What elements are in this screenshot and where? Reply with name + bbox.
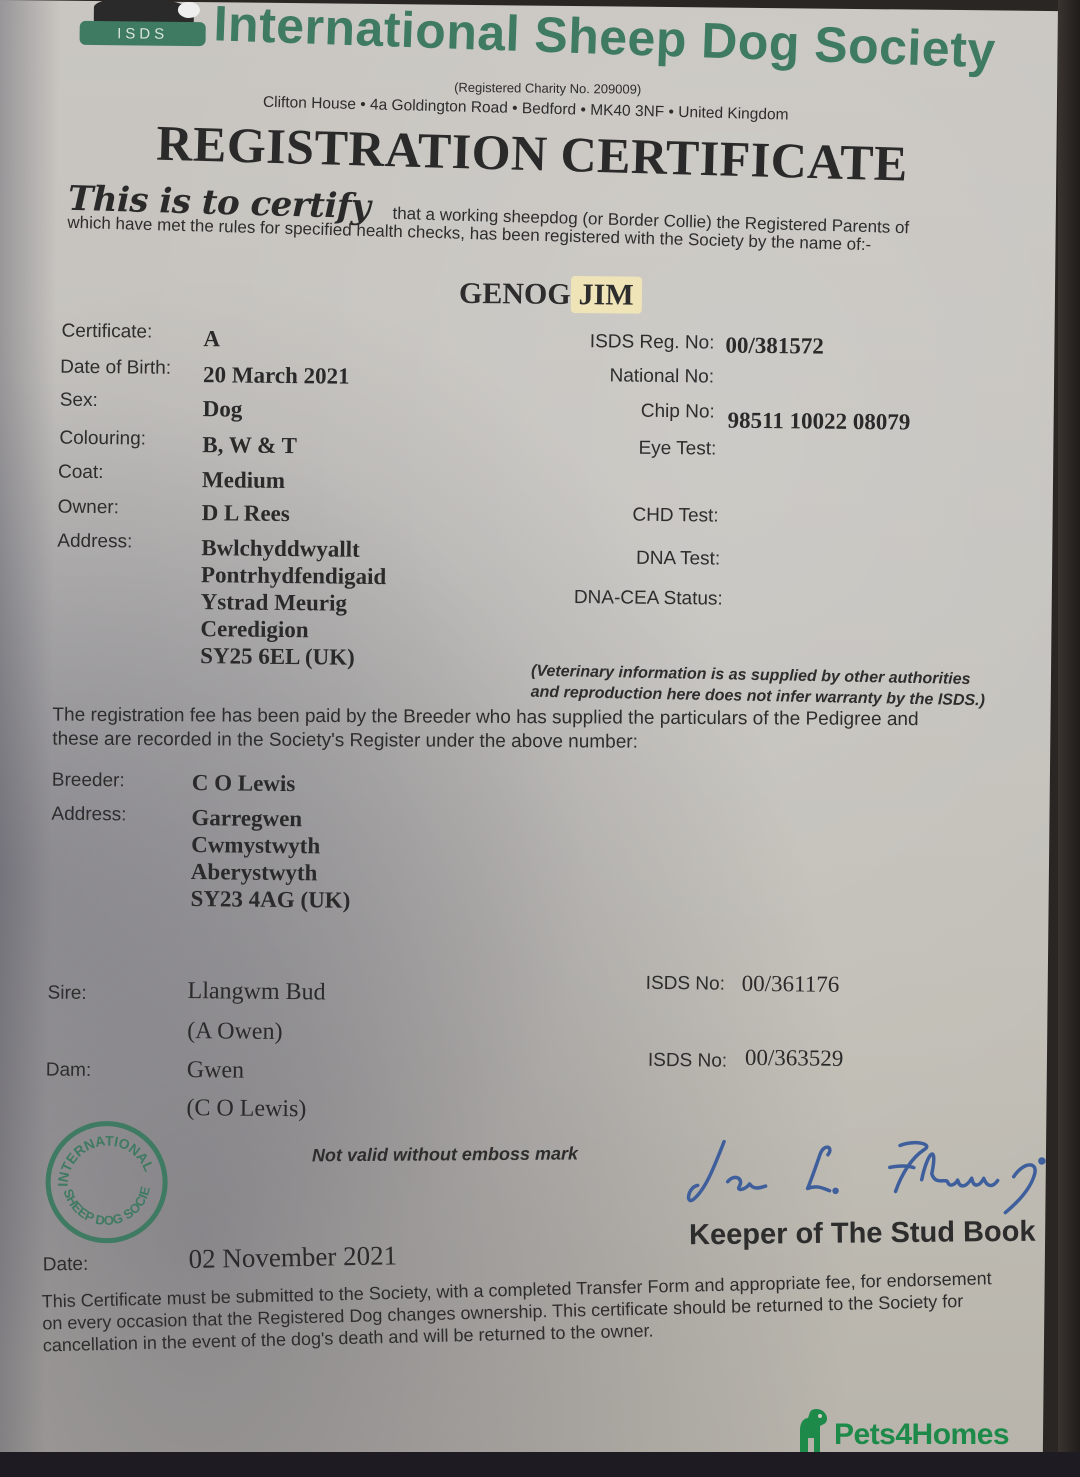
field-label-sex: Sex: <box>60 390 98 412</box>
field-value-certificate: A <box>203 326 220 352</box>
background-edge <box>0 1452 1080 1477</box>
issue-date-row: Date: 02 November 2021 <box>43 1240 398 1277</box>
owner-address-line: Bwlchyddwyallt <box>201 534 387 563</box>
certificate-title: REGISTRATION CERTIFICATE <box>156 114 909 193</box>
breeder-name: C O Lewis <box>192 770 296 797</box>
breeder-address-line: Cwmystwyth <box>191 831 351 860</box>
breeder-address: Garregwen Cwmystwyth Aberystwyth SY23 4A… <box>190 804 351 914</box>
dam-isds-label: ISDS No: <box>648 1050 727 1073</box>
breeder-address-line: Aberystwyth <box>191 858 351 887</box>
owner-address-line: SY25 6EL (UK) <box>200 642 386 671</box>
emboss-notice: Not valid without emboss mark <box>312 1143 578 1166</box>
sire-owner: (A Owen) <box>187 1018 283 1046</box>
registration-fee-statement: The registration fee has been paid by th… <box>52 704 1012 757</box>
field-value-coat: Medium <box>202 467 285 494</box>
field-label-chd-test: CHD Test: <box>519 503 719 527</box>
transfer-notice: This Certificate must be submitted to th… <box>41 1266 1042 1356</box>
certificate-paper: ISDS International Sheep Dog Society (Re… <box>0 0 1058 1463</box>
sire-label: Sire: <box>47 983 86 1005</box>
field-label-isds-reg: ISDS Reg. No: <box>514 330 714 354</box>
isds-logo: ISDS <box>79 0 208 50</box>
sire-isds-label: ISDS No: <box>646 973 725 996</box>
dam-isds-number: 00/363529 <box>745 1045 844 1072</box>
field-label-dna-cea: DNA-CEA Status: <box>523 587 723 611</box>
society-name: International Sheep Dog Society <box>213 0 997 80</box>
watermark-text: Pets4Homes <box>834 1418 1009 1452</box>
field-label-eye-test: Eye Test: <box>516 436 716 460</box>
breeder-address-label: Address: <box>51 804 126 827</box>
owner-address: Bwlchyddwyallt Pontrhydfendigaid Ystrad … <box>200 534 387 671</box>
society-stamp-icon: INTERNATIONAL SHEEP DOG SOCIETY <box>45 1121 168 1244</box>
veterinary-disclaimer: (Veterinary information is as supplied b… <box>530 661 985 712</box>
breeder-address-line: SY23 4AG (UK) <box>190 885 350 914</box>
field-value-isds-reg: 00/381572 <box>725 333 824 360</box>
dog-name: GENOGJIM <box>459 277 642 313</box>
dog-name-highlight: JIM <box>570 276 641 314</box>
dam-label: Dam: <box>46 1060 92 1082</box>
dam-owner: (C O Lewis) <box>186 1095 306 1123</box>
owner-address-line: Pontrhydfendigaid <box>201 561 387 590</box>
field-value-owner: D L Rees <box>202 500 290 527</box>
field-value-sex: Dog <box>203 396 243 422</box>
svg-text:INTERNATIONAL: INTERNATIONAL <box>55 1132 158 1188</box>
field-label-chip-no: Chip No: <box>515 399 715 423</box>
background-edge <box>1058 0 1080 1477</box>
breeder-label: Breeder: <box>52 770 125 793</box>
field-value-dob: 20 March 2021 <box>203 362 350 390</box>
issue-date-label: Date: <box>43 1254 89 1276</box>
field-label-dob: Date of Birth: <box>60 357 171 380</box>
issue-date-value: 02 November 2021 <box>188 1240 397 1274</box>
field-label-national-no: National No: <box>514 364 714 388</box>
dog-name-prefix: GENOG <box>459 277 571 311</box>
owner-address-line: Ceredigion <box>200 615 386 644</box>
signature-image <box>683 1127 1064 1221</box>
logo-text: ISDS <box>80 21 206 46</box>
field-value-colouring: B, W & T <box>202 432 297 459</box>
field-label-dna-test: DNA Test: <box>520 546 720 570</box>
field-label-certificate: Certificate: <box>61 321 152 344</box>
field-label-coat: Coat: <box>58 462 104 484</box>
field-label-owner: Owner: <box>58 497 119 520</box>
fee-line-2: these are recorded in the Society's Regi… <box>52 728 1012 757</box>
owner-address-line: Ystrad Meurig <box>201 588 387 617</box>
field-label-colouring: Colouring: <box>59 428 146 451</box>
dam-name: Gwen <box>187 1057 245 1085</box>
signatory-title: Keeper of The Stud Book <box>689 1216 1036 1253</box>
stamp-top-text: INTERNATIONAL <box>55 1132 158 1188</box>
pets4homes-watermark: Pets4Homes <box>796 1408 1009 1452</box>
sire-name: Llangwm Bud <box>187 978 325 1006</box>
field-value-chip-no: 98511 10022 08079 <box>727 408 910 436</box>
pets4homes-logo-icon <box>796 1408 832 1452</box>
owner-address-label: Address: <box>57 531 132 554</box>
breeder-address-line: Garregwen <box>191 804 351 833</box>
sire-isds-number: 00/361176 <box>742 971 840 998</box>
charity-number: (Registered Charity No. 209009) <box>454 80 641 97</box>
